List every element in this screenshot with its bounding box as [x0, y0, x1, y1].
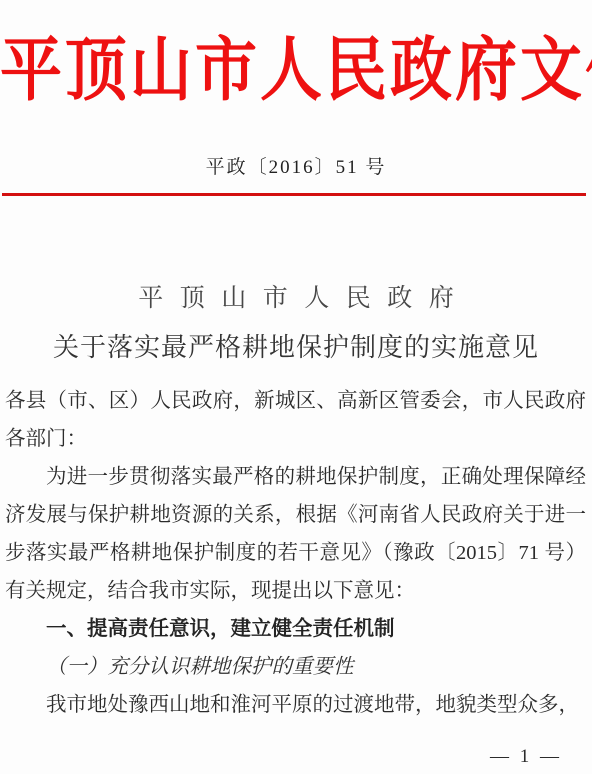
body-paragraph-preamble: 为进一步贯彻落实最严格的耕地保护制度，正确处理保障经济发展与保护耕地资源的关系，…: [5, 458, 586, 610]
document-number: 平政〔2016〕51 号: [0, 152, 592, 179]
body-section-heading: 一、提高责任意识，建立健全责任机制: [5, 610, 586, 648]
page-number: — 1 —: [490, 746, 562, 768]
body-subsection-heading: （一）充分认识耕地保护的重要性: [5, 648, 586, 686]
red-divider-rule: [2, 193, 586, 196]
body-paragraph-content: 我市地处豫西山地和淮河平原的过渡地带，地貌类型众多，: [5, 686, 586, 724]
document-title-issuer: 平顶山市人民政府: [0, 278, 592, 314]
body-paragraph-salutation: 各县（市、区）人民政府，新城区、高新区管委会，市人民政府各部门：: [5, 382, 586, 458]
document-title: 平顶山市人民政府 关于落实最严格耕地保护制度的实施意见: [0, 278, 592, 364]
document-page: 平顶山市人民政府文件 平政〔2016〕51 号 平顶山市人民政府 关于落实最严格…: [0, 0, 592, 774]
document-body: 各县（市、区）人民政府，新城区、高新区管委会，市人民政府各部门： 为进一步贯彻落…: [5, 382, 586, 724]
document-header-title: 平顶山市人民政府文件: [0, 14, 592, 114]
document-title-subject: 关于落实最严格耕地保护制度的实施意见: [0, 327, 592, 364]
